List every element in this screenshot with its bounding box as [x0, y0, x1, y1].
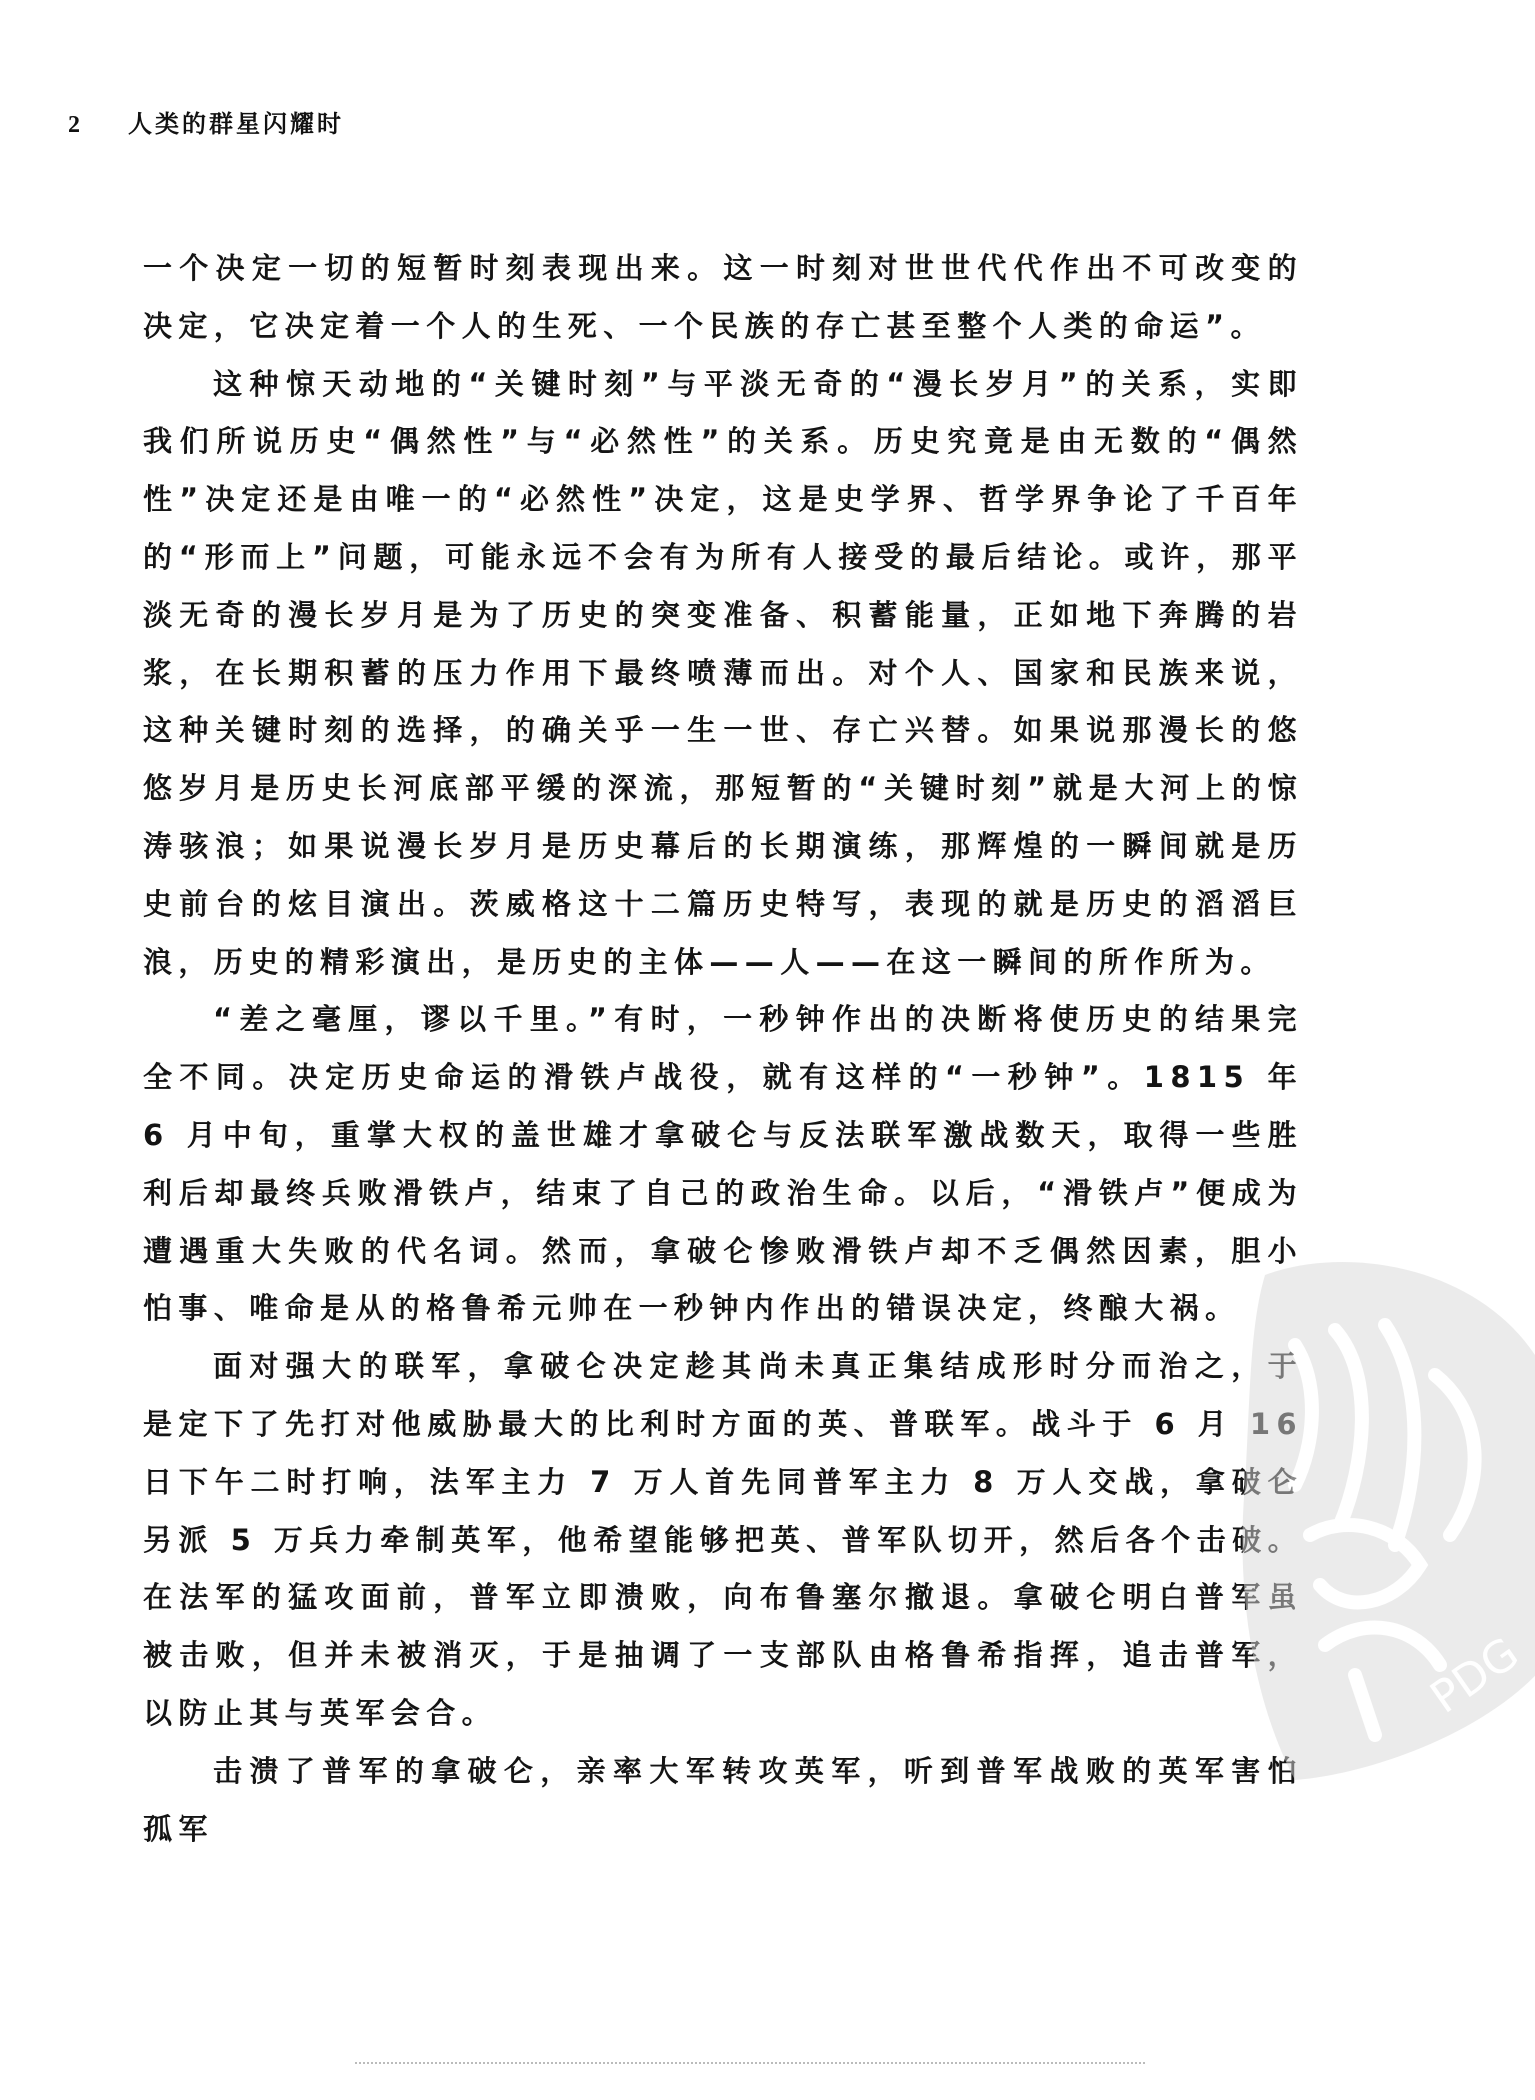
running-header: 2 人类的群星闪耀时 [68, 104, 344, 139]
body-text: 一个决定一切的短暂时刻表现出来。这一时刻对世世代代作出不可改变的决定，它决定着一… [143, 240, 1303, 1858]
paragraph: 面对强大的联军，拿破仑决定趁其尚未真正集结成形时分而治之，于是定下了先打对他威胁… [143, 1338, 1303, 1743]
bottom-rule [355, 2062, 1145, 2064]
paragraph: 这种惊天动地的“关键时刻”与平淡无奇的“漫长岁月”的关系，实即我们所说历史“偶然… [143, 356, 1303, 992]
running-title: 人类的群星闪耀时 [128, 104, 344, 139]
paragraph: “差之毫厘，谬以千里。”有时，一秒钟作出的决断将使历史的结果完全不同。决定历史命… [143, 991, 1303, 1338]
watermark-text: PDG [1421, 1628, 1528, 1724]
paragraph: 击溃了普军的拿破仑，亲率大军转攻英军，听到普军战败的英军害怕孤军 [143, 1743, 1303, 1859]
page-number: 2 [68, 112, 128, 139]
paragraph: 一个决定一切的短暂时刻表现出来。这一时刻对世世代代作出不可改变的决定，它决定着一… [143, 240, 1303, 356]
